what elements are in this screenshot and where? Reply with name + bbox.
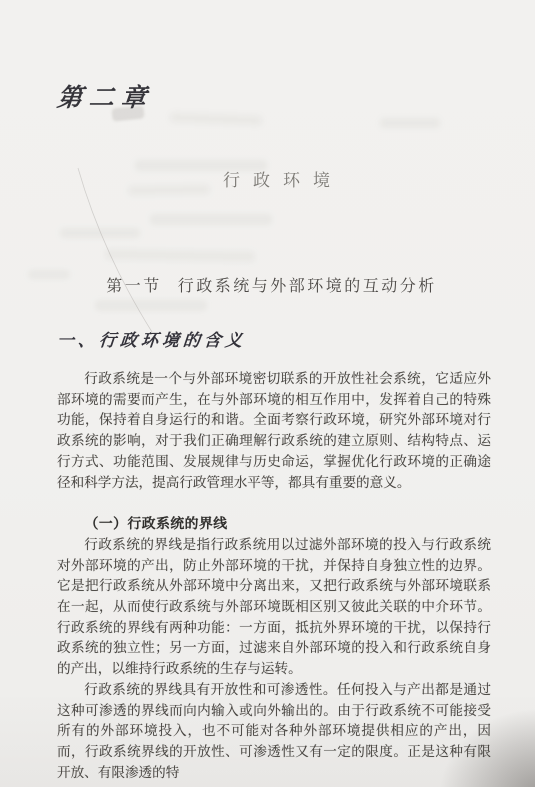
bleed-through-mark	[60, 228, 140, 238]
body-paragraph: 行政系统的界线是指行政系统用以过滤外部环境的投入与行政系统对外部环境的产出，防止…	[57, 535, 491, 680]
body-paragraph: 行政系统的界线具有开放性和可渗透性。任何投入与产出都是通过这种可渗透的界线而向内…	[57, 680, 491, 784]
body-paragraph: 行政系统是一个与外部环境密切联系的开放性社会系统，它适应外部环境的需要而产生，在…	[57, 369, 491, 493]
bleed-through-mark	[380, 118, 440, 128]
bleed-through-mark	[105, 249, 255, 263]
section-name: 行政系统与外部环境的互动分析	[178, 276, 437, 298]
bleed-through-mark	[150, 214, 272, 225]
section-title: 第一节 行政系统与外部环境的互动分析	[4, 276, 535, 298]
section-number: 第一节	[106, 276, 162, 298]
subsection-heading: （一）行政系统的界线	[57, 514, 491, 535]
chapter-number: 第二章	[55, 82, 155, 116]
bleed-through-mark	[170, 112, 262, 125]
bleed-through-mark	[95, 300, 207, 311]
chapter-title: 行政环境	[9, 170, 535, 192]
book-page-scan: 第二章 行政环境 第一节 行政系统与外部环境的互动分析 一、行政环境的含义 行政…	[0, 0, 535, 787]
body-text: 行政系统是一个与外部环境密切联系的开放性社会系统，它适应外部环境的需要而产生，在…	[57, 369, 491, 783]
first-level-heading: 一、行政环境的含义	[56, 329, 247, 352]
